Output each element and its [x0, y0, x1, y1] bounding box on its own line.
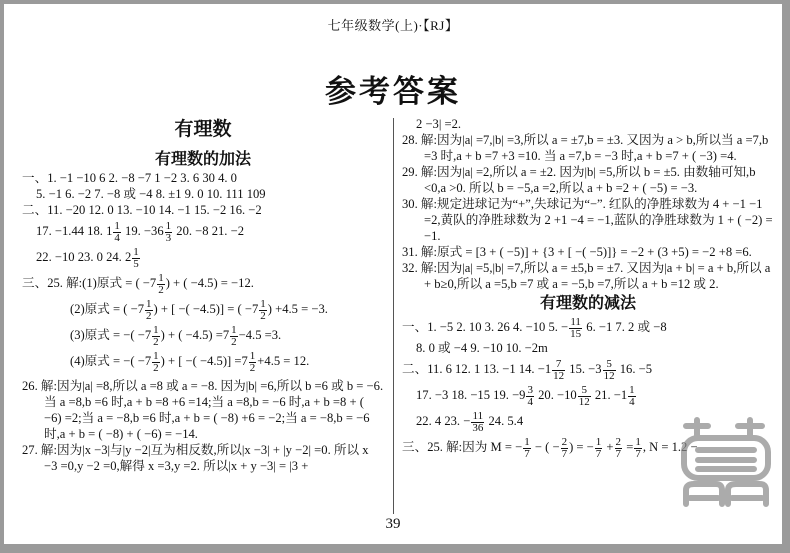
page-number: 39 — [4, 516, 782, 533]
section-title: 有理数 — [22, 116, 384, 142]
subsection-title-addition: 有理数的加法 — [22, 148, 384, 170]
fraction: 17 — [634, 437, 642, 460]
right-column: 2 −3| =2. 28. 解:因为|a| =7,|b| =3,所以 a = ±… — [402, 116, 774, 460]
fraction: 17 — [523, 437, 531, 460]
answer-line: 一、1. −1 −10 6 2. −8 −7 1 −2 3. 6 30 4. 0 — [22, 170, 384, 186]
left-column: 有理数 有理数的加法 一、1. −1 −10 6 2. −8 −7 1 −2 3… — [22, 116, 384, 474]
fraction: 12 — [230, 325, 238, 348]
solution-29: 29. 解:因为|a| =2,所以 a = ±2. 因为|b| =5,所以 b … — [402, 164, 774, 196]
answer-line: 二、11. −20 12. 0 13. −10 14. −1 15. −2 16… — [22, 202, 384, 218]
solution-25-part1: 三、25. 解:(1)原式 = ( −712) + ( −4.5) = −12. — [22, 270, 384, 296]
fraction: 13 — [165, 221, 173, 244]
fraction: 1115 — [569, 317, 582, 340]
answer-line: 8. 0 或 −4 9. −10 10. −2m — [402, 340, 774, 356]
fraction: 12 — [152, 351, 160, 374]
fraction: 15 — [132, 247, 140, 270]
fraction: 12 — [249, 351, 257, 374]
fraction: 12 — [259, 299, 267, 322]
answer-line: 17. −1.44 18. 114 19. −3613 20. −8 21. −… — [22, 218, 384, 244]
fraction: 12 — [157, 273, 165, 296]
answer-line: 一、1. −5 2. 10 3. 26 4. −10 5. −1115 6. −… — [402, 314, 774, 340]
answer-line: 22. 4 23. −1136 24. 5.4 — [402, 408, 774, 434]
fraction: 27 — [615, 437, 623, 460]
solution-32: 32. 解:因为|a| =5,|b| =7,所以 a = ±5,b = ±7. … — [402, 260, 774, 292]
answer-line: 5. −1 6. −2 7. −8 或 −4 8. ±1 9. 0 10. 11… — [22, 186, 384, 202]
column-divider — [393, 118, 394, 514]
solution-27-continued: 2 −3| =2. — [402, 116, 774, 132]
fraction: 12 — [145, 299, 153, 322]
solution-25-part2: (2)原式 = ( −712) + [ −( −4.5)] = ( −712) … — [22, 296, 384, 322]
fraction: 34 — [526, 385, 534, 408]
fraction: 14 — [628, 385, 636, 408]
solution-27: 27. 解:因为|x −3|与|y −2|互为相反数,所以|x −3| + |y… — [22, 442, 384, 474]
fraction: 712 — [552, 359, 565, 382]
fraction: 512 — [603, 359, 616, 382]
answer-line: 17. −3 18. −15 19. −934 20. −10512 21. −… — [402, 382, 774, 408]
fraction: 14 — [113, 221, 121, 244]
running-head: 七年级数学(上)·【RJ】 — [4, 15, 782, 34]
document-page: 七年级数学(上)·【RJ】 参考答案 有理数 有理数的加法 一、1. −1 −1… — [4, 4, 782, 544]
main-title: 参考答案 — [4, 66, 782, 111]
answer-line: 22. −10 23. 0 24. 215 — [22, 244, 384, 270]
solution-25-part4: (4)原式 = −( −712) + [ −( −4.5)] =712+4.5 … — [22, 348, 384, 374]
fraction: 27 — [561, 437, 569, 460]
fraction: 512 — [578, 385, 591, 408]
subsection-title-subtraction: 有理数的减法 — [402, 292, 774, 314]
fraction: 12 — [152, 325, 160, 348]
solution-30: 30. 解:规定进球记为“+”,失球记为“−”. 红队的净胜球数为 4 + −1… — [402, 196, 774, 244]
answer-line: 二、11. 6 12. 1 13. −1 14. −1712 15. −3512… — [402, 356, 774, 382]
solution-28: 28. 解:因为|a| =7,|b| =3,所以 a = ±7,b = ±3. … — [402, 132, 774, 164]
solution-sub-25: 三、25. 解:因为 M = −17 − ( −27) = −17 +27 =1… — [402, 434, 774, 460]
solution-31: 31. 解:原式 = [3 + ( −5)] + {3 + [ −( −5)]}… — [402, 244, 774, 260]
solution-26: 26. 解:因为|a| =8,所以 a =8 或 a = −8. 因为|b| =… — [22, 378, 384, 442]
fraction: 17 — [595, 437, 603, 460]
fraction: 1136 — [471, 411, 484, 434]
solution-25-part3: (3)原式 = −( −712) + ( −4.5) =712−4.5 =3. — [22, 322, 384, 348]
